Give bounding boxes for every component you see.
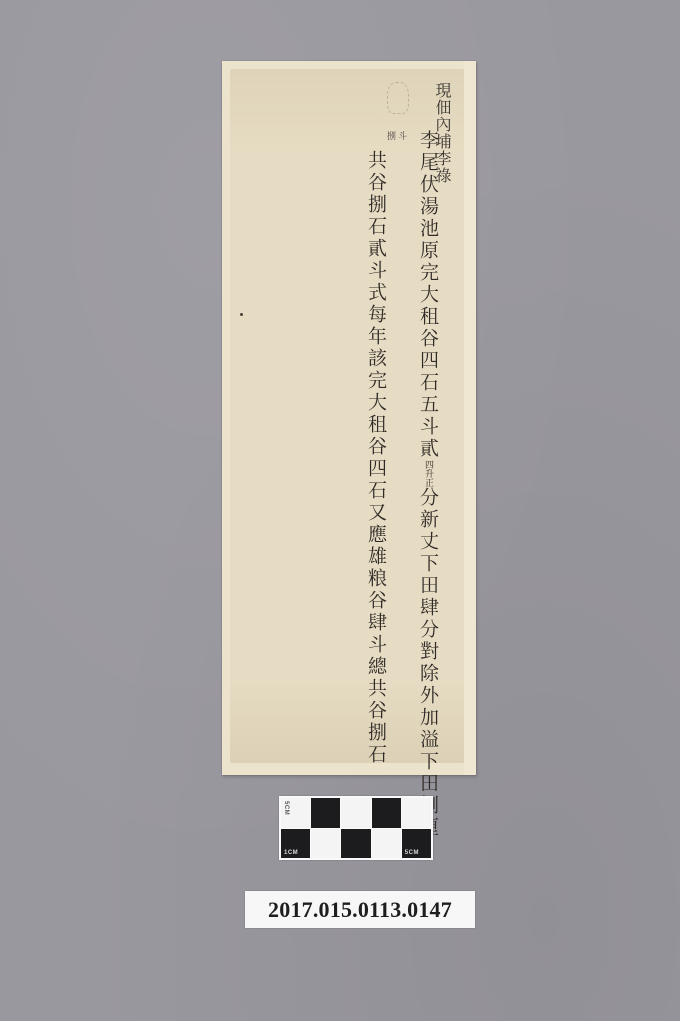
handwritten-column-3: 共谷捌石貳斗式每年該完大租谷四石又應雄粮谷肆斗總共谷捌石: [366, 150, 385, 766]
scale-cell: 5CM: [281, 798, 310, 828]
column-3-header-note: 捌斗: [387, 133, 409, 142]
scale-cell: 5CM: [402, 829, 431, 859]
scale-cell: 1CM: [281, 829, 310, 859]
scale-cell: [402, 798, 431, 828]
color-scale-bar: 5CM 1CM 5CM: [279, 796, 433, 860]
ink-speck: [240, 313, 243, 316]
scale-start-label: 1CM: [284, 850, 298, 856]
handwritten-column-2: 李尾伏湯池原完大租谷四石五斗貳四升正分新丈下田肆分對除外加溢下田捌厘: [418, 130, 437, 839]
column-2-text: 李尾伏湯池原完大租谷四石五斗貳: [417, 130, 439, 460]
paper-right-margin: [464, 61, 476, 775]
accession-number-label: 2017.015.0113.0147: [245, 891, 475, 928]
scale-cell: [341, 829, 370, 859]
scale-cell: [341, 798, 370, 828]
scale-cell: [372, 798, 401, 828]
column-2-tail-text: 分新丈下田肆分對除外加溢下田捌厘: [417, 487, 439, 839]
scale-end-label: 5CM: [405, 850, 419, 856]
scale-cell: [311, 829, 340, 859]
scale-side-label: 5CM: [283, 801, 289, 815]
scale-cell: [372, 829, 401, 859]
scale-cell: [311, 798, 340, 828]
column-2-small-note: 四升正: [423, 460, 433, 487]
faint-seal-mark: [387, 82, 409, 114]
